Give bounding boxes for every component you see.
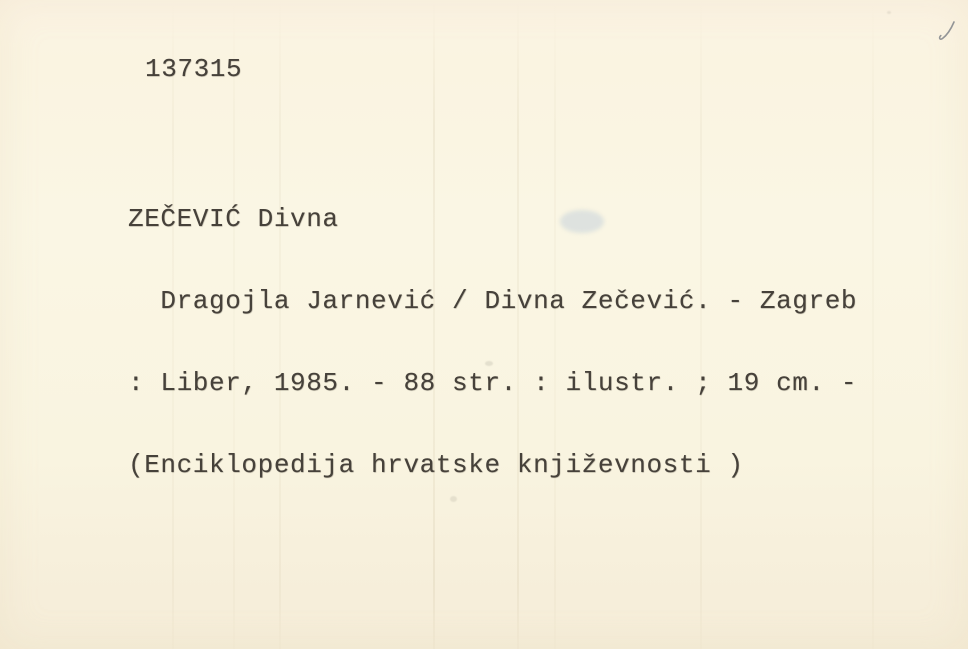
entry-line-heading: ZEČEVIĆ Divna [128,206,857,233]
paper-streak [872,0,874,649]
entry-line-imprint: : Liber, 1985. - 88 str. : ilustr. ; 19 … [128,370,857,397]
catalog-entry: ZEČEVIĆ Divna Dragojla Jarnević / Divna … [128,151,857,535]
pen-checkmark-icon [933,17,959,45]
entry-line-title: Dragojla Jarnević / Divna Zečević. - Zag… [128,288,857,315]
paper-speck [887,11,891,14]
accession-number: 137315 [145,54,242,84]
catalog-card: 137315 ZEČEVIĆ Divna Dragojla Jarnević /… [0,0,968,649]
entry-line-series: (Enciklopedija hrvatske književnosti ) [128,452,857,479]
